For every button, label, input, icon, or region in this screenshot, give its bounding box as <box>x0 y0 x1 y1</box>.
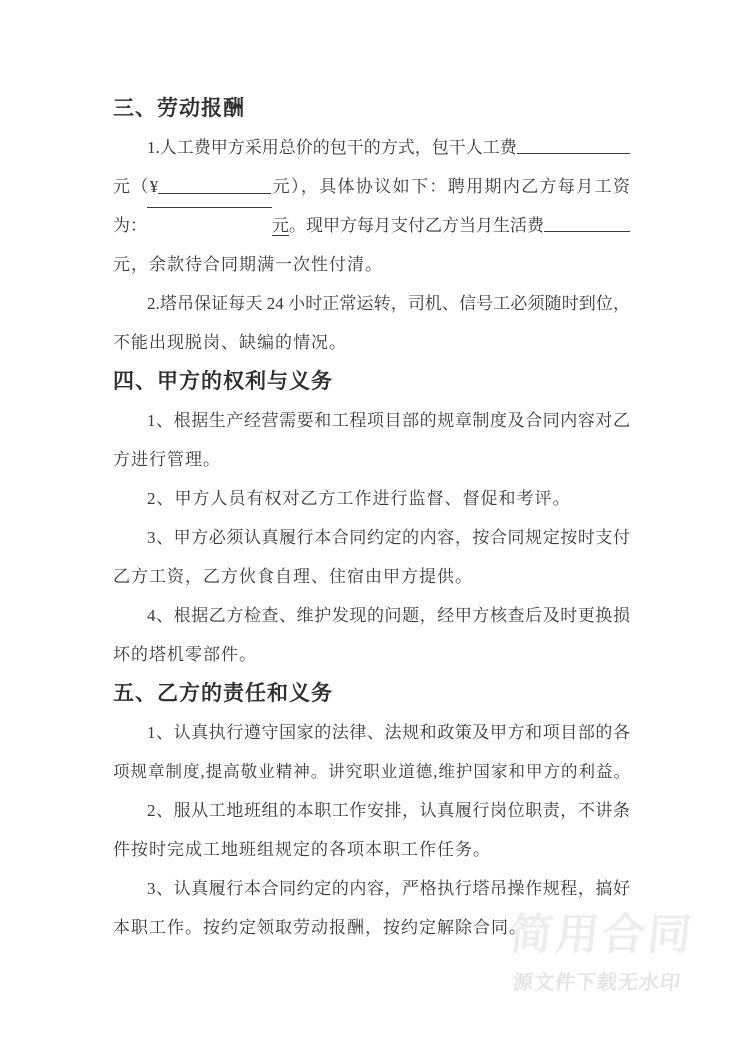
text-segment: 1、根据生产经营需要和工程项目部的规章制度及合同内容对乙 <box>147 411 630 430</box>
text-segment: 本职工作。按约定领取劳动报酬，按约定解除合同。 <box>113 918 527 937</box>
text-segment: 3、认真履行本合同约定的内容，严格执行塔吊操作规程，搞好 <box>147 879 630 898</box>
document-line: 不能出现脱岗、缺编的情况。 <box>113 323 630 362</box>
text-segment: 。现甲方每月支付乙方当月生活费 <box>289 206 544 245</box>
document-line: 1.人工费甲方采用总价的包干的方式，包干人工费 <box>113 128 630 167</box>
document-line: 为：元。现甲方每月支付乙方当月生活费 <box>113 206 630 245</box>
section-heading: 三、劳动报酬 <box>113 89 630 128</box>
document-line: 元，余款待合同期满一次性付清。 <box>113 245 630 284</box>
document-line: 元（¥元），具体协议如下：聘用期内乙方每月工资 <box>113 167 630 206</box>
document-line: 1、根据生产经营需要和工程项目部的规章制度及合同内容对乙 <box>113 401 630 440</box>
fill-in-blank[interactable] <box>544 231 630 232</box>
text-segment: 为： <box>113 206 147 245</box>
document-body: 三、劳动报酬1.人工费甲方采用总价的包干的方式，包干人工费元（¥元），具体协议如… <box>113 89 630 947</box>
document-line: 坏的塔机零部件。 <box>113 635 630 674</box>
text-segment: 元），具体协议如下：聘用期内乙方每月工资 <box>271 177 630 196</box>
text-segment: 元（¥ <box>113 177 158 196</box>
text-segment: 2、甲方人员有权对乙方工作进行监督、督促和考评。 <box>147 489 571 508</box>
document-line: 方进行管理。 <box>113 440 630 479</box>
text-segment: 乙方工资，乙方伙食自理、住宿由甲方提供。 <box>113 567 473 586</box>
document-line: 2.塔吊保证每天 24 小时正常运转，司机、信号工必须随时到位， <box>113 284 630 323</box>
text-segment: 项规章制度,提高敬业精神。讲究职业道德,维护国家和甲方的利益。 <box>113 762 630 781</box>
fill-in-blank[interactable] <box>158 192 271 194</box>
text-segment: 4、根据乙方检查、维护发现的问题，经甲方核查后及时更换损 <box>147 606 630 625</box>
document-line: 3、认真履行本合同约定的内容，严格执行塔吊操作规程，搞好 <box>113 869 630 908</box>
text-segment: 不能出现脱岗、缺编的情况。 <box>113 333 347 352</box>
section-heading: 四、甲方的权利与义务 <box>113 362 630 401</box>
fill-in-blank[interactable] <box>517 153 630 154</box>
text-segment: 1、认真执行遵守国家的法律、法规和政策及甲方和项目部的各 <box>147 723 630 742</box>
document-line: 1、认真执行遵守国家的法律、法规和政策及甲方和项目部的各 <box>113 713 630 752</box>
text-segment: 元，余款待合同期满一次性付清。 <box>113 255 383 274</box>
document-line: 项规章制度,提高敬业精神。讲究职业道德,维护国家和甲方的利益。 <box>113 752 630 791</box>
watermark-subtitle: 源文件下载无水印 <box>504 966 691 995</box>
text-segment: 2.塔吊保证每天 24 小时正常运转，司机、信号工必须随时到位， <box>147 294 630 313</box>
text-segment: 件按时完成工地班组规定的各项本职工作任务。 <box>113 840 491 859</box>
document-line: 2、服从工地班组的本职工作安排，认真履行岗位职责，不讲条 <box>113 791 630 830</box>
fill-in-blank[interactable] <box>147 206 272 208</box>
document-line: 3、甲方必须认真履行本合同约定的内容，按合同规定按时支付 <box>113 518 630 557</box>
contract-page: 三、劳动报酬1.人工费甲方采用总价的包干的方式，包干人工费元（¥元），具体协议如… <box>0 0 742 1049</box>
section-heading: 五、乙方的责任和义务 <box>113 674 630 713</box>
text-segment: 坏的塔机零部件。 <box>113 645 257 664</box>
text-segment: 1.人工费甲方采用总价的包干的方式，包干人工费 <box>147 128 517 167</box>
document-line: 乙方工资，乙方伙食自理、住宿由甲方提供。 <box>113 557 630 596</box>
text-segment: 元 <box>272 206 289 245</box>
text-segment: 3、甲方必须认真履行本合同约定的内容，按合同规定按时支付 <box>147 528 630 547</box>
document-line: 本职工作。按约定领取劳动报酬，按约定解除合同。 <box>113 908 630 947</box>
text-segment: 2、服从工地班组的本职工作安排，认真履行岗位职责，不讲条 <box>147 801 630 820</box>
document-line: 2、甲方人员有权对乙方工作进行监督、督促和考评。 <box>113 479 630 518</box>
text-segment: 方进行管理。 <box>113 450 221 469</box>
document-line: 件按时完成工地班组规定的各项本职工作任务。 <box>113 830 630 869</box>
document-line: 4、根据乙方检查、维护发现的问题，经甲方核查后及时更换损 <box>113 596 630 635</box>
